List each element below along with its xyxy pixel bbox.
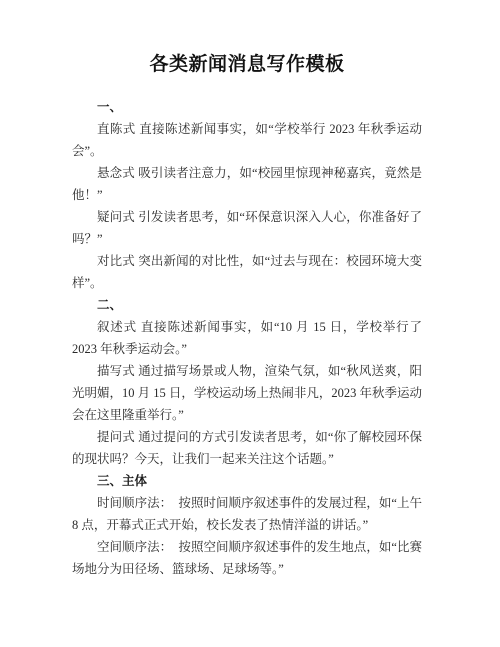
para-xuannian-shi: 悬念式 吸引读者注意力，如“校园里惊现神秘嘉宾，竟然是他！” [72,162,422,206]
para-zhichen-shi: 直陈式 直接陈述新闻事实，如“学校举行 2023 年秋季运动会”。 [72,118,422,162]
section-3-heading: 三、主体 [72,470,422,492]
para-duibi-shi: 对比式 突出新闻的对比性，如“过去与现在：校园环境大变样”。 [72,250,422,294]
para-miaoxie-shi: 描写式 通过描写场景或人物，渲染气氛，如“秋风送爽，阳光明媚，10 月 15 日… [72,360,422,426]
para-yiwen-shi: 疑问式 引发读者思考，如“环保意识深入人心，你准备好了吗？” [72,206,422,250]
document-page: 各类新闻消息写作模板 一、 直陈式 直接陈述新闻事实，如“学校举行 2023 年… [0,0,500,647]
document-title: 各类新闻消息写作模板 [72,50,422,80]
section-1-heading: 一、 [72,96,422,118]
para-kongjian-shunxu-fa: 空间顺序法： 按照空间顺序叙述事件的发生地点，如“比赛场地分为田径场、篮球场、足… [72,536,422,580]
para-xushu-shi: 叙述式 直接陈述新闻事实，如“10 月 15 日，学校举行了 2023 年秋季运… [72,316,422,360]
section-2-heading: 二、 [72,294,422,316]
para-tiwen-shi: 提问式 通过提问的方式引发读者思考，如“你了解校园环保的现状吗？今天，让我们一起… [72,426,422,470]
para-shijian-shunxu-fa: 时间顺序法： 按照时间顺序叙述事件的发展过程，如“上午 8 点，开幕式正式开始，… [72,492,422,536]
